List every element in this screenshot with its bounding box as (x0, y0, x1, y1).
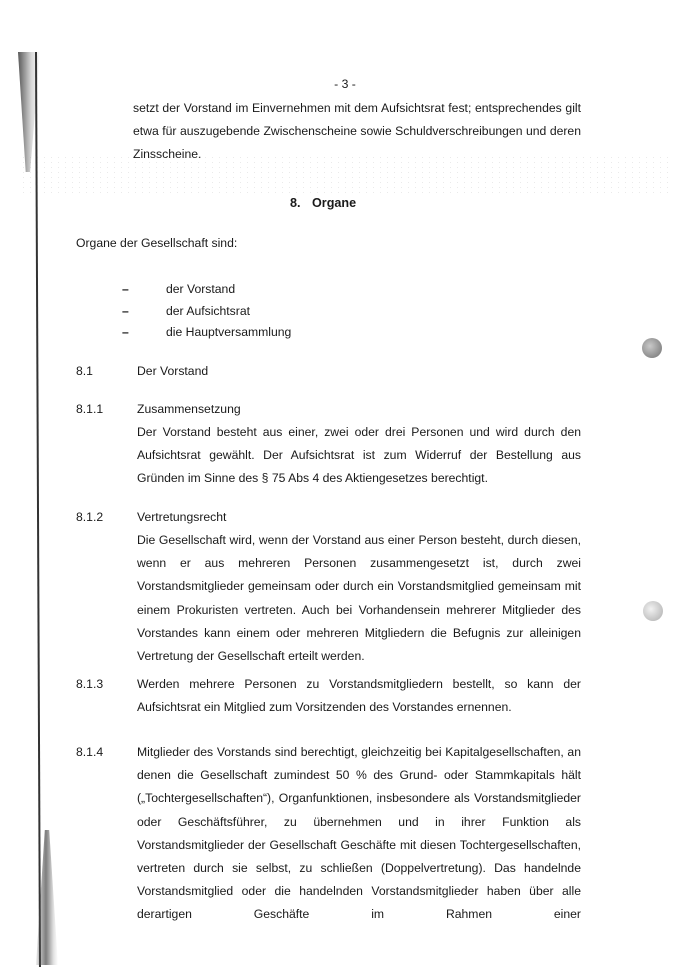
list-item-text: der Aufsichtsrat (166, 301, 250, 323)
clause-8-1: 8.1 Der Vorstand (76, 360, 581, 383)
clause-number: 8.1 (76, 360, 133, 383)
dash-bullet: – (122, 322, 166, 344)
clause-number: 8.1.1 (76, 398, 133, 421)
clause-8-1-3: 8.1.3 Werden mehrere Personen zu Vorstan… (76, 673, 581, 719)
list-item: – der Aufsichtsrat (122, 301, 291, 323)
clause-body: Die Gesellschaft wird, wenn der Vorstand… (137, 529, 581, 668)
clause-body: Der Vorstand besteht aus einer, zwei ode… (137, 421, 581, 491)
clause-body: Mitglieder des Vorstands sind berechtigt… (137, 741, 581, 927)
intro-text: Organe der Gesellschaft sind: (76, 236, 237, 250)
section-number: 8. (290, 196, 301, 210)
clause-body: Werden mehrere Personen zu Vorstandsmitg… (137, 673, 581, 719)
punch-hole-icon (643, 601, 663, 621)
clause-number: 8.1.3 (76, 673, 133, 696)
page-number: - 3 - (0, 77, 690, 91)
list-item-text: der Vorstand (166, 279, 235, 301)
scanned-document-page: - 3 - setzt der Vorstand im Einvernehmen… (0, 0, 690, 975)
section-heading: 8. Organe (290, 196, 356, 210)
clause-number: 8.1.2 (76, 506, 133, 529)
punch-hole-icon (642, 338, 662, 358)
dash-bullet: – (122, 279, 166, 301)
dash-bullet: – (122, 301, 166, 323)
organs-list: – der Vorstand – der Aufsichtsrat – die … (122, 279, 291, 344)
clause-8-1-2: 8.1.2 Vertretungsrecht Die Gesellschaft … (76, 506, 581, 668)
section-title: Organe (312, 196, 356, 210)
clause-title: Der Vorstand (137, 360, 581, 383)
clause-8-1-4: 8.1.4 Mitglieder des Vorstands sind bere… (76, 741, 581, 927)
clause-title: Zusammensetzung (137, 398, 581, 421)
list-item: – die Hauptversammlung (122, 322, 291, 344)
list-item: – der Vorstand (122, 279, 291, 301)
continuation-paragraph: setzt der Vorstand im Einvernehmen mit d… (133, 97, 581, 166)
clause-number: 8.1.4 (76, 741, 133, 764)
clause-8-1-1: 8.1.1 Zusammensetzung Der Vorstand beste… (76, 398, 581, 491)
clause-title: Vertretungsrecht (137, 506, 581, 529)
list-item-text: die Hauptversammlung (166, 322, 291, 344)
